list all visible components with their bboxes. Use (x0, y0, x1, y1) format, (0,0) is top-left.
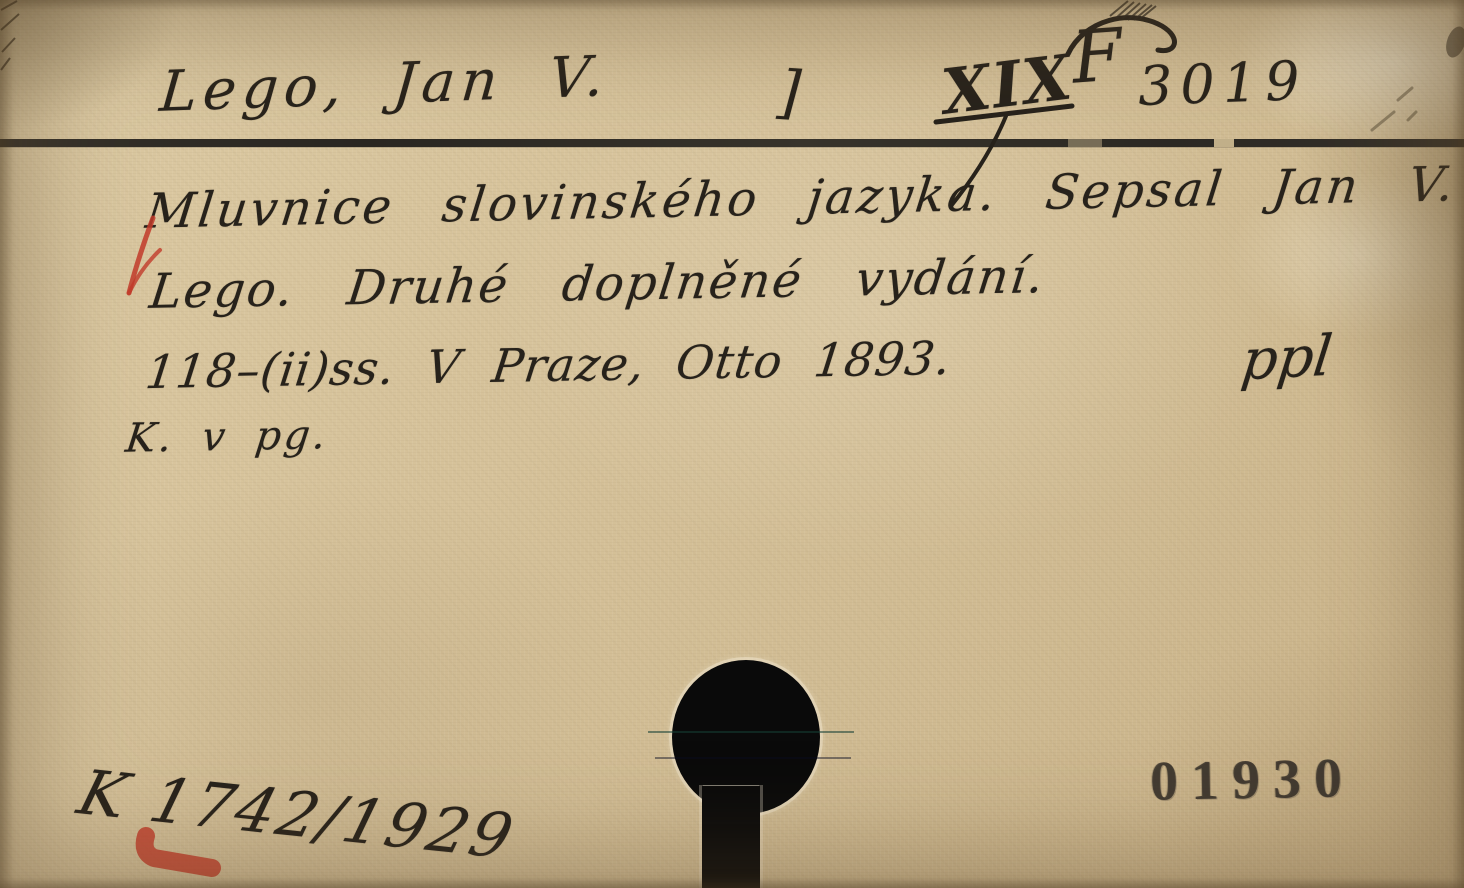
catalog-card-scan: Lego, Jan V. ] XIX F 3019 Mluvnice slovi… (0, 0, 1464, 888)
edge-smudge-topright (1442, 24, 1464, 60)
copies-note: ppl (1238, 323, 1336, 393)
edge-hatch-topleft (1, 1, 19, 70)
bracket-mark: ] (776, 57, 803, 126)
accession-number: K 1742/1929 (71, 756, 523, 873)
call-number-letter: F (1069, 12, 1125, 99)
header-rule-gap (1214, 139, 1234, 147)
edition-line: Lego. Druhé doplněné vydání. (147, 248, 1049, 320)
note-line: K. v pg. (123, 412, 331, 462)
header-rule-fade (1068, 139, 1102, 147)
header-rule (0, 139, 1464, 147)
imprint-line: 118–(ii)ss. V Praze, Otto 1893. (143, 331, 955, 399)
call-number-roman: XIX (938, 40, 1077, 128)
title-statement-line: Mluvnice slovinského jazyka. Sepsal Jan … (143, 156, 1460, 240)
pencil-marks-right (1372, 88, 1416, 130)
punch-hole-slot (702, 786, 760, 888)
author-heading: Lego, Jan V. (157, 44, 612, 125)
stamp-number: 01930 (1149, 746, 1355, 814)
call-number-digits: 3019 (1137, 49, 1309, 118)
